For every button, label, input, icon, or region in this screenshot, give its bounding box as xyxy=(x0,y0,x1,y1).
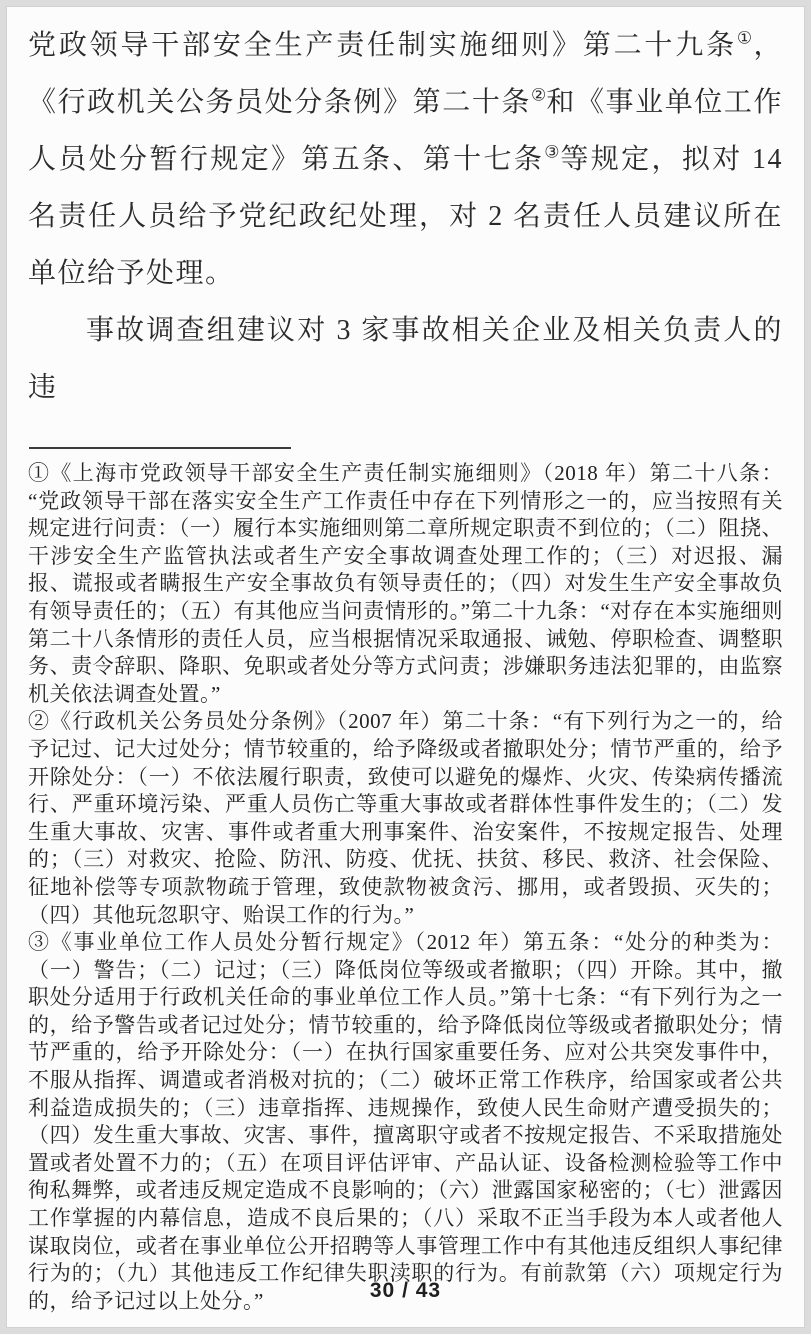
footnote-ref-3: ③ xyxy=(544,143,560,162)
document-page: 党政领导干部安全生产责任制实施细则》第二十九条①，《行政机关公务员处分条例》第二… xyxy=(6,6,805,1328)
footnotes-block: ①《上海市党政领导干部安全生产责任制实施细则》（2018 年）第二十八条：“党政… xyxy=(28,460,783,1315)
body-paragraph: 事故调查组建议对 3 家事故相关企业及相关负责人的违 xyxy=(28,302,783,416)
footnote-separator-rule xyxy=(29,447,291,449)
footnote-2: ②《行政机关公务员处分条例》（2007 年）第二十条：“有下列行为之一的，给予记… xyxy=(28,708,783,929)
footnote-3: ③《事业单位工作人员处分暂行规定》（2012 年）第五条：“处分的种类为：（一）… xyxy=(28,929,783,1315)
page-number: 30 / 43 xyxy=(28,1279,783,1303)
footnote-1: ①《上海市党政领导干部安全生产责任制实施细则》（2018 年）第二十八条：“党政… xyxy=(28,460,783,708)
document-screenshot: { "document": { "body": { "paragraph1_se… xyxy=(0,0,811,1334)
footnote-ref-1: ① xyxy=(737,29,754,48)
body-paragraph-continuation: 党政领导干部安全生产责任制实施细则》第二十九条①，《行政机关公务员处分条例》第二… xyxy=(28,17,783,302)
body-text-segment: 党政领导干部安全生产责任制实施细则》第二十九条 xyxy=(28,30,737,61)
page-content: 党政领导干部安全生产责任制实施细则》第二十九条①，《行政机关公务员处分条例》第二… xyxy=(28,7,783,1327)
footnote-ref-2: ② xyxy=(531,86,546,105)
body-text-block: 党政领导干部安全生产责任制实施细则》第二十九条①，《行政机关公务员处分条例》第二… xyxy=(28,7,783,416)
